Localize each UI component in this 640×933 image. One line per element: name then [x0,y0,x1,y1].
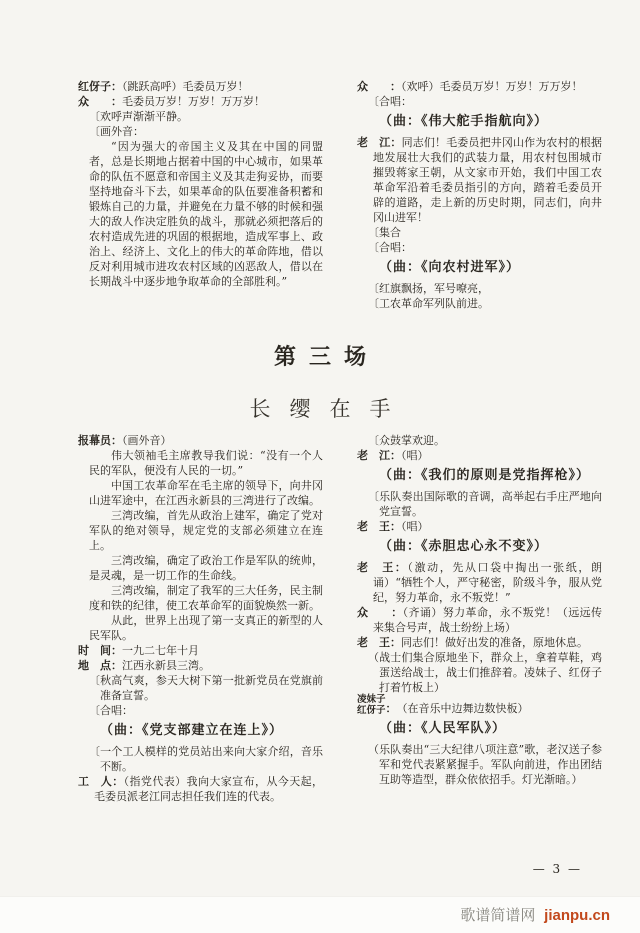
stage-direction: 〔红旗飘扬，军号嘹亮， [357,281,602,296]
stage-note: （乐队奏出“三大纪律八项注意”歌，老汉送子参军和党代表紧紧握手。军队向前进，作出… [357,742,602,787]
speaker-label: 老 王： [357,561,407,574]
narration-paragraph: 从此，世界上出现了第一支真正的新型的人民军队。 [78,613,323,643]
dialogue-text: （唱） [401,449,429,462]
stage-direction: 〔合唱： [78,703,323,718]
column-bottom-left: 报幕员：（画外音）伟大领袖毛主席教导我们说：“没有一个人民的军队，便没有人民的一… [78,433,323,804]
dialogue-line: 众 ：毛委员万岁！万岁！万万岁！ [78,94,323,109]
dialogue-line: 红伢子：（跳跃高呼）毛委员万岁！ [78,79,323,94]
scene-number-heading: 第三场 [0,340,640,371]
speaker-label: 红伢子： [78,80,122,93]
speaker-label: 老 江： [357,136,402,149]
speaker-label: 老 江： [357,449,401,462]
watermark-site-url: jianpu.cn [544,907,610,924]
top-section: 红伢子：（跳跃高呼）毛委员万岁！众 ：毛委员万岁！万岁！万万岁！〔欢呼声渐渐平静… [78,79,602,311]
dialogue-line: 众 ：（欢呼）毛委员万岁！万岁！万万岁！ [357,79,602,94]
stage-note: （战士们集合原地坐下，群众上，拿着草鞋，鸡蛋送给战士，战士们推辞着。凌妹子、红伢… [357,650,602,695]
narration-paragraph: “因为强大的帝国主义及其在中国的同盟者，总是长期地占据着中国的中心城市，如果革命… [78,139,323,289]
dialogue-line: 老 王：（激动，先从口袋中掏出一张纸，朗诵）“牺牲个人，严守秘密，阶级斗争，服从… [357,560,602,605]
watermark-site-name: 歌谱简谱网 [460,906,535,924]
dialogue-line: 老 江：（唱） [357,448,602,463]
dialogue-line: 报幕员：（画外音） [78,433,323,448]
dialogue-line: 时 间：一九二七年十月 [78,643,323,658]
speaker-label-colon: ： [386,701,397,716]
dialogue-text: （激动，先从口袋中掏出一张纸，朗诵）“牺牲个人，严守秘密，阶级斗争，服从党纪，努… [373,561,602,604]
scanned-script-page: 红伢子：（跳跃高呼）毛委员万岁！众 ：毛委员万岁！万岁！万万岁！〔欢呼声渐渐平静… [0,0,640,933]
song-title: （曲：《赤胆忠心永不变》） [357,538,602,555]
dialogue-line: 老 江：同志们！毛委员把井冈山作为农村的根据地发展壮大我们的武装力量，用农村包围… [357,135,602,225]
column-top-left: 红伢子：（跳跃高呼）毛委员万岁！众 ：毛委员万岁！万岁！万万岁！〔欢呼声渐渐平静… [78,79,323,311]
speaker-label: 时 间： [78,644,122,657]
speaker-label: 报幕员： [78,434,122,447]
narration-paragraph: 三湾改编，制定了我军的三大任务，民主制度和铁的纪律，使工农革命军的面貌焕然一新。 [78,583,323,613]
stage-direction: 〔乐队奏出国际歌的音调，高举起右手庄严地向党宣誓。 [357,489,602,519]
dialogue-text: （在音乐中边舞边数快板） [397,701,529,716]
dialogue-line: 地 点：江西永新县三湾。 [78,658,323,673]
dialogue-text: （指党代表）我向大家宣布，从今天起，毛委员派老江同志担任我们连的代表。 [94,775,323,803]
dialogue-line: 众 ：（齐诵）努力革命，永不叛党！（远远传来集合号声，战士纷纷上场） [357,605,602,635]
stage-direction: 〔合唱： [357,94,602,109]
dialogue-text: 同志们！毛委员把井冈山作为农村的根据地发展壮大我们的武装力量，用农村包围城市摧毁… [373,136,602,224]
speaker-label: 工 人： [78,775,124,788]
page-number: — 3 — [78,862,602,876]
narration-paragraph: 三湾改编，确定了政治工作是军队的统帅，是灵魂，是一切工作的生命线。 [78,553,323,583]
dialogue-line-dual-speaker: 凌妹子红伢子：（在音乐中边舞边数快板） [357,695,602,716]
speaker-label: 老 王： [357,520,401,533]
stage-direction: 〔一个工人模样的党员站出来向大家介绍，音乐不断。 [78,744,323,774]
dialogue-line: 工 人：（指党代表）我向大家宣布，从今天起，毛委员派老江同志担任我们连的代表。 [78,774,323,804]
song-title: （曲：《伟大舵手指航向》） [357,113,602,130]
song-title: （曲：《我们的原则是党指挥枪》） [357,467,602,484]
scene-title-heading: 长缨在手 [0,393,640,423]
dialogue-text: 江西永新县三湾。 [122,659,210,672]
dialogue-line: 老 王：同志们！做好出发的准备，原地休息。 [357,635,602,650]
dialogue-text: 同志们！做好出发的准备，原地休息。 [401,636,588,649]
dialogue-text: （唱） [401,520,429,533]
watermark: 歌谱简谱网 jianpu.cn [460,904,610,925]
dialogue-text: 一九二七年十月 [122,644,199,657]
speaker-label: 众 ： [78,95,122,108]
speaker-label: 众 ： [357,80,401,93]
column-top-right: 众 ：（欢呼）毛委员万岁！万岁！万万岁！〔合唱：（曲：《伟大舵手指航向》）老 江… [357,79,602,311]
stage-direction: 〔集合 [357,225,602,240]
dialogue-line: 老 王：（唱） [357,519,602,534]
scene-heading-block: 第三场 长缨在手 [0,340,640,423]
dialogue-text: （跳跃高呼）毛委员万岁！ [122,80,249,93]
speaker-label: 红伢子 [357,706,386,717]
stage-direction: 〔秋高气爽，参天大树下第一批新党员在党旗前准备宣誓。 [78,673,323,703]
narration-paragraph: 中国工农革命军在毛主席的领导下，向井冈山进军途中，在江西永新县的三湾进行了改编。 [78,478,323,508]
speaker-label: 众 ： [357,606,403,619]
song-title: （曲：《人民军队》） [357,720,602,737]
speaker-label: 老 王： [357,636,401,649]
speaker-label: 地 点： [78,659,122,672]
narration-paragraph: 伟大领袖毛主席教导我们说：“没有一个人民的军队，便没有人民的一切。” [78,448,323,478]
dialogue-text: 毛委员万岁！万岁！万万岁！ [122,95,265,108]
stage-direction: 〔众鼓掌欢迎。 [357,433,602,448]
song-title: （曲：《党支部建立在连上》） [78,722,323,739]
speaker-label-stack: 凌妹子红伢子 [357,695,386,716]
stage-direction: 〔画外音： [78,124,323,139]
speaker-label: 凌妹子 [357,695,386,706]
narration-paragraph: 三湾改编，首先从政治上建军，确定了党对军队的绝对领导，规定党的支部必须建立在连上… [78,508,323,553]
stage-direction: 〔欢呼声渐渐平静。 [78,109,323,124]
stage-direction: 〔合唱： [357,240,602,255]
column-bottom-right: 〔众鼓掌欢迎。老 江：（唱）（曲：《我们的原则是党指挥枪》）〔乐队奏出国际歌的音… [357,433,602,804]
dialogue-text: （画外音） [122,434,172,447]
bottom-section: 报幕员：（画外音）伟大领袖毛主席教导我们说：“没有一个人民的军队，便没有人民的一… [78,433,602,804]
song-title: （曲：《向农村进军》） [357,259,602,276]
stage-direction: 〔工农革命军列队前进。 [357,296,602,311]
dialogue-text: （齐诵）努力革命，永不叛党！（远远传来集合号声，战士纷纷上场） [373,606,602,634]
dialogue-text: （欢呼）毛委员万岁！万岁！万万岁！ [401,80,583,93]
